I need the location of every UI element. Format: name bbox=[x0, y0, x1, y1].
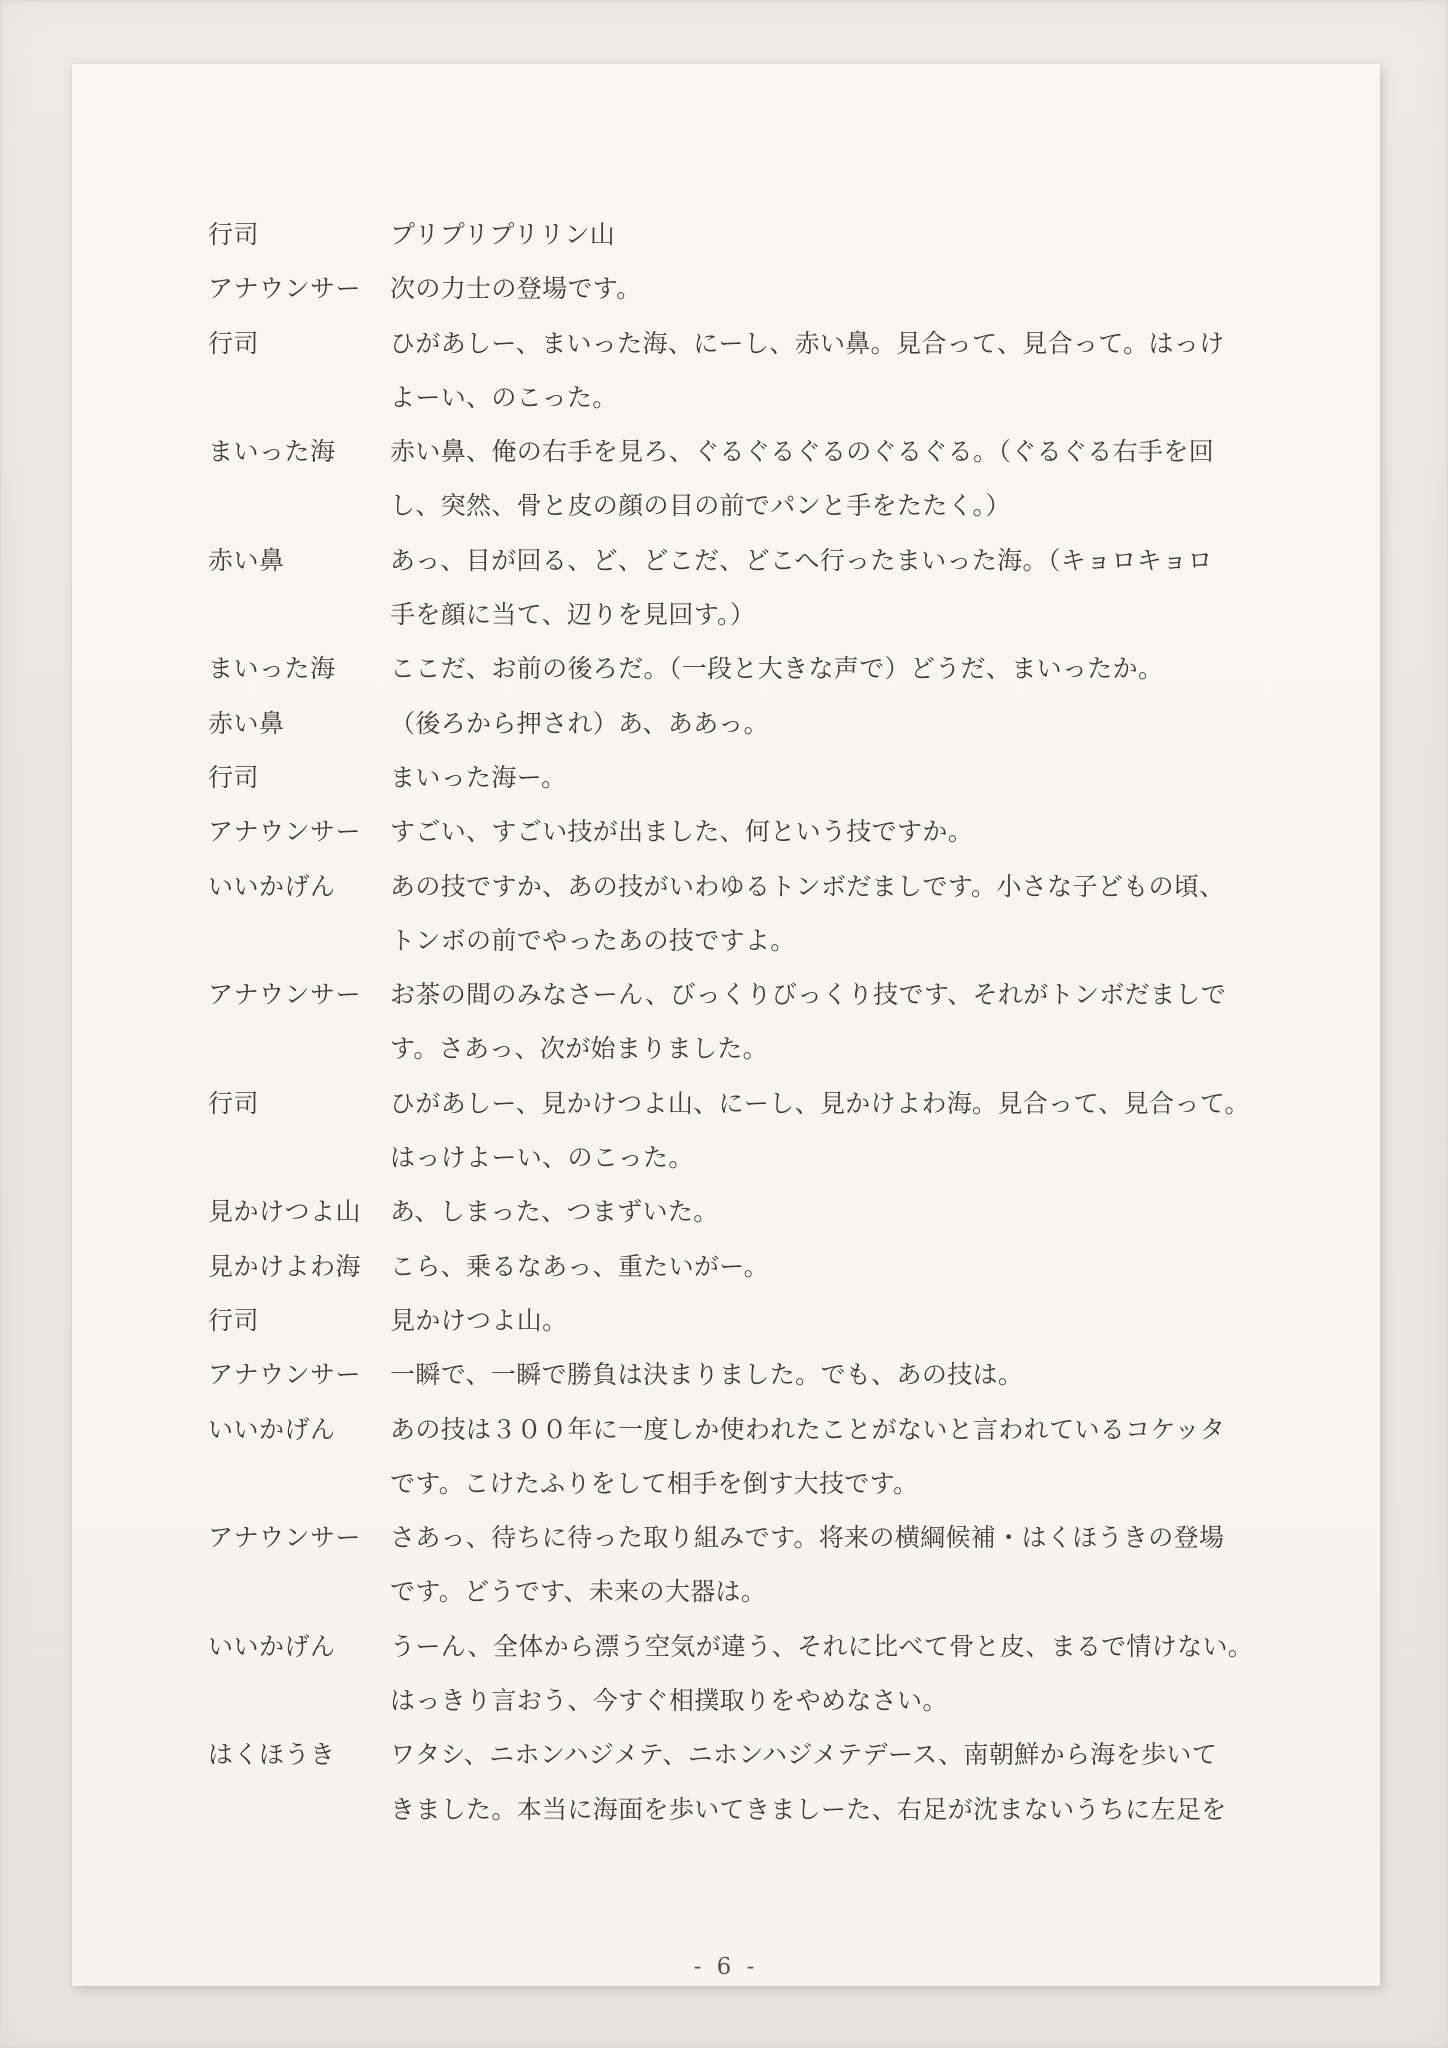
speaker-name: 行司 bbox=[208, 1294, 390, 1348]
dialogue-line: ここだ、お前の後ろだ。（一段と大きな声で）どうだ、まいったか。 bbox=[390, 642, 1320, 696]
page-number: - 6 - bbox=[72, 1954, 1380, 1980]
dialogue-line: あの技は３００年に一度しか使われたことがないと言われているコケッタ bbox=[390, 1403, 1320, 1457]
dialogue: あの技ですか、あの技がいわゆるトンボだましです。小さな子どもの頃、トンボの前でや… bbox=[390, 860, 1320, 969]
paper-sheet: 行司 プリプリプリリン山 アナウンサー 次の力士の登場です。 行司 ひがあしー、… bbox=[72, 64, 1380, 1986]
speaker-name: アナウンサー bbox=[208, 262, 390, 316]
dialogue-line: ひがあしー、見かけつよ山、にーし、見かけよわ海。見合って、見合って。 bbox=[390, 1077, 1320, 1131]
dialogue: あっ、目が回る、ど、どこだ、どこへ行ったまいった海。（キョロキョロ手を顔に当て、… bbox=[390, 534, 1320, 643]
speaker-name: 行司 bbox=[208, 1077, 390, 1131]
script-row: 行司 ひがあしー、まいった海、にーし、赤い鼻。見合って、見合って。はっけよーい、… bbox=[208, 317, 1320, 426]
dialogue-line: すごい、すごい技が出ました、何という技ですか。 bbox=[390, 805, 1320, 859]
speaker-name: 行司 bbox=[208, 317, 390, 371]
speaker-name: アナウンサー bbox=[208, 805, 390, 859]
dialogue: ワタシ、ニホンハジメテ、ニホンハジメテデース、南朝鮮から海を歩いてきました。本当… bbox=[390, 1728, 1320, 1837]
speaker-name: アナウンサー bbox=[208, 1511, 390, 1565]
dialogue-line: 見かけつよ山。 bbox=[390, 1294, 1320, 1348]
script-content: 行司 プリプリプリリン山 アナウンサー 次の力士の登場です。 行司 ひがあしー、… bbox=[208, 208, 1320, 1837]
script-row: 赤い鼻 あっ、目が回る、ど、どこだ、どこへ行ったまいった海。（キョロキョロ手を顔… bbox=[208, 534, 1320, 643]
script-row: いいかげん あの技ですか、あの技がいわゆるトンボだましです。小さな子どもの頃、ト… bbox=[208, 860, 1320, 969]
dialogue-line: す。さあっ、次が始まりました。 bbox=[390, 1022, 1320, 1076]
speaker-name: 見かけよわ海 bbox=[208, 1240, 390, 1294]
script-row: いいかげん うーん、全体から漂う空気が違う、それに比べて骨と皮、まるで情けない。… bbox=[208, 1620, 1320, 1729]
dialogue-line: （後ろから押され）あ、ああっ。 bbox=[390, 697, 1320, 751]
dialogue-line: あっ、目が回る、ど、どこだ、どこへ行ったまいった海。（キョロキョロ bbox=[390, 534, 1320, 588]
dialogue-line: あ、しまった、つまずいた。 bbox=[390, 1185, 1320, 1239]
dialogue: （後ろから押され）あ、ああっ。 bbox=[390, 697, 1320, 751]
dialogue: プリプリプリリン山 bbox=[390, 208, 1320, 262]
dialogue-line: はっきり言おう、今すぐ相撲取りをやめなさい。 bbox=[390, 1674, 1320, 1728]
dialogue-line: 赤い鼻、俺の右手を見ろ、ぐるぐるぐるのぐるぐる。（ぐるぐる右手を回 bbox=[390, 425, 1320, 479]
script-row: アナウンサー お茶の間のみなさーん、びっくりびっくり技です、それがトンボだましで… bbox=[208, 968, 1320, 1077]
speaker-name: いいかげん bbox=[208, 1620, 390, 1674]
script-row: 行司 見かけつよ山。 bbox=[208, 1294, 1320, 1348]
dialogue: 見かけつよ山。 bbox=[390, 1294, 1320, 1348]
dialogue: 赤い鼻、俺の右手を見ろ、ぐるぐるぐるのぐるぐる。（ぐるぐる右手を回し、突然、骨と… bbox=[390, 425, 1320, 534]
script-row: まいった海 ここだ、お前の後ろだ。（一段と大きな声で）どうだ、まいったか。 bbox=[208, 642, 1320, 696]
dialogue-line: まいった海ー。 bbox=[390, 751, 1320, 805]
dialogue-line: 一瞬で、一瞬で勝負は決まりました。でも、あの技は。 bbox=[390, 1348, 1320, 1402]
script-row: まいった海 赤い鼻、俺の右手を見ろ、ぐるぐるぐるのぐるぐる。（ぐるぐる右手を回し… bbox=[208, 425, 1320, 534]
dialogue: あの技は３００年に一度しか使われたことがないと言われているコケッタです。こけたふ… bbox=[390, 1403, 1320, 1512]
speaker-name: 見かけつよ山 bbox=[208, 1185, 390, 1239]
script-row: 行司 ひがあしー、見かけつよ山、にーし、見かけよわ海。見合って、見合って。はっけ… bbox=[208, 1077, 1320, 1186]
speaker-name: いいかげん bbox=[208, 860, 390, 914]
dialogue: うーん、全体から漂う空気が違う、それに比べて骨と皮、まるで情けない。はっきり言お… bbox=[390, 1620, 1320, 1729]
dialogue-line: し、突然、骨と皮の顔の目の前でパンと手をたたく。） bbox=[390, 479, 1320, 533]
dialogue-line: よーい、のこった。 bbox=[390, 371, 1320, 425]
dialogue: 一瞬で、一瞬で勝負は決まりました。でも、あの技は。 bbox=[390, 1348, 1320, 1402]
dialogue-line: きました。本当に海面を歩いてきましーた、右足が沈まないうちに左足を bbox=[390, 1783, 1320, 1837]
script-row: はくほうき ワタシ、ニホンハジメテ、ニホンハジメテデース、南朝鮮から海を歩いてき… bbox=[208, 1728, 1320, 1837]
dialogue: お茶の間のみなさーん、びっくりびっくり技です、それがトンボだましです。さあっ、次… bbox=[390, 968, 1320, 1077]
dialogue-line: です。こけたふりをして相手を倒す大技です。 bbox=[390, 1457, 1320, 1511]
speaker-name: まいった海 bbox=[208, 425, 390, 479]
dialogue: まいった海ー。 bbox=[390, 751, 1320, 805]
speaker-name: アナウンサー bbox=[208, 968, 390, 1022]
dialogue: 次の力士の登場です。 bbox=[390, 262, 1320, 316]
dialogue-line: トンボの前でやったあの技ですよ。 bbox=[390, 914, 1320, 968]
speaker-name: アナウンサー bbox=[208, 1348, 390, 1402]
dialogue-line: あの技ですか、あの技がいわゆるトンボだましです。小さな子どもの頃、 bbox=[390, 860, 1320, 914]
speaker-name: いいかげん bbox=[208, 1403, 390, 1457]
dialogue: さあっ、待ちに待った取り組みです。将来の横綱候補・はくほうきの登場です。どうです… bbox=[390, 1511, 1320, 1620]
dialogue-line: ひがあしー、まいった海、にーし、赤い鼻。見合って、見合って。はっけ bbox=[390, 317, 1320, 371]
dialogue: ひがあしー、まいった海、にーし、赤い鼻。見合って、見合って。はっけよーい、のこっ… bbox=[390, 317, 1320, 426]
dialogue-line: プリプリプリリン山 bbox=[390, 208, 1320, 262]
dialogue-line: さあっ、待ちに待った取り組みです。将来の横綱候補・はくほうきの登場 bbox=[390, 1511, 1320, 1565]
dialogue: あ、しまった、つまずいた。 bbox=[390, 1185, 1320, 1239]
script-row: 見かけよわ海 こら、乗るなあっ、重たいがー。 bbox=[208, 1240, 1320, 1294]
script-row: 見かけつよ山 あ、しまった、つまずいた。 bbox=[208, 1185, 1320, 1239]
speaker-name: まいった海 bbox=[208, 642, 390, 696]
dialogue: ここだ、お前の後ろだ。（一段と大きな声で）どうだ、まいったか。 bbox=[390, 642, 1320, 696]
speaker-name: 赤い鼻 bbox=[208, 534, 390, 588]
script-row: いいかげん あの技は３００年に一度しか使われたことがないと言われているコケッタで… bbox=[208, 1403, 1320, 1512]
dialogue-line: ワタシ、ニホンハジメテ、ニホンハジメテデース、南朝鮮から海を歩いて bbox=[390, 1728, 1320, 1782]
script-row: アナウンサー 一瞬で、一瞬で勝負は決まりました。でも、あの技は。 bbox=[208, 1348, 1320, 1402]
script-row: 行司 まいった海ー。 bbox=[208, 751, 1320, 805]
script-row: アナウンサー 次の力士の登場です。 bbox=[208, 262, 1320, 316]
document-page: 行司 プリプリプリリン山 アナウンサー 次の力士の登場です。 行司 ひがあしー、… bbox=[0, 0, 1448, 2048]
dialogue-line: 次の力士の登場です。 bbox=[390, 262, 1320, 316]
script-row: 赤い鼻 （後ろから押され）あ、ああっ。 bbox=[208, 697, 1320, 751]
dialogue: こら、乗るなあっ、重たいがー。 bbox=[390, 1240, 1320, 1294]
dialogue-line: お茶の間のみなさーん、びっくりびっくり技です、それがトンボだましで bbox=[390, 968, 1320, 1022]
dialogue-line: こら、乗るなあっ、重たいがー。 bbox=[390, 1240, 1320, 1294]
speaker-name: 行司 bbox=[208, 751, 390, 805]
speaker-name: はくほうき bbox=[208, 1728, 390, 1782]
script-row: アナウンサー すごい、すごい技が出ました、何という技ですか。 bbox=[208, 805, 1320, 859]
dialogue-line: です。どうです、未来の大器は。 bbox=[390, 1565, 1320, 1619]
speaker-name: 赤い鼻 bbox=[208, 697, 390, 751]
speaker-name: 行司 bbox=[208, 208, 390, 262]
dialogue-line: うーん、全体から漂う空気が違う、それに比べて骨と皮、まるで情けない。 bbox=[390, 1620, 1320, 1674]
dialogue: すごい、すごい技が出ました、何という技ですか。 bbox=[390, 805, 1320, 859]
dialogue-line: はっけよーい、のこった。 bbox=[390, 1131, 1320, 1185]
script-row: 行司 プリプリプリリン山 bbox=[208, 208, 1320, 262]
dialogue: ひがあしー、見かけつよ山、にーし、見かけよわ海。見合って、見合って。はっけよーい… bbox=[390, 1077, 1320, 1186]
script-row: アナウンサー さあっ、待ちに待った取り組みです。将来の横綱候補・はくほうきの登場… bbox=[208, 1511, 1320, 1620]
dialogue-line: 手を顔に当て、辺りを見回す。） bbox=[390, 588, 1320, 642]
